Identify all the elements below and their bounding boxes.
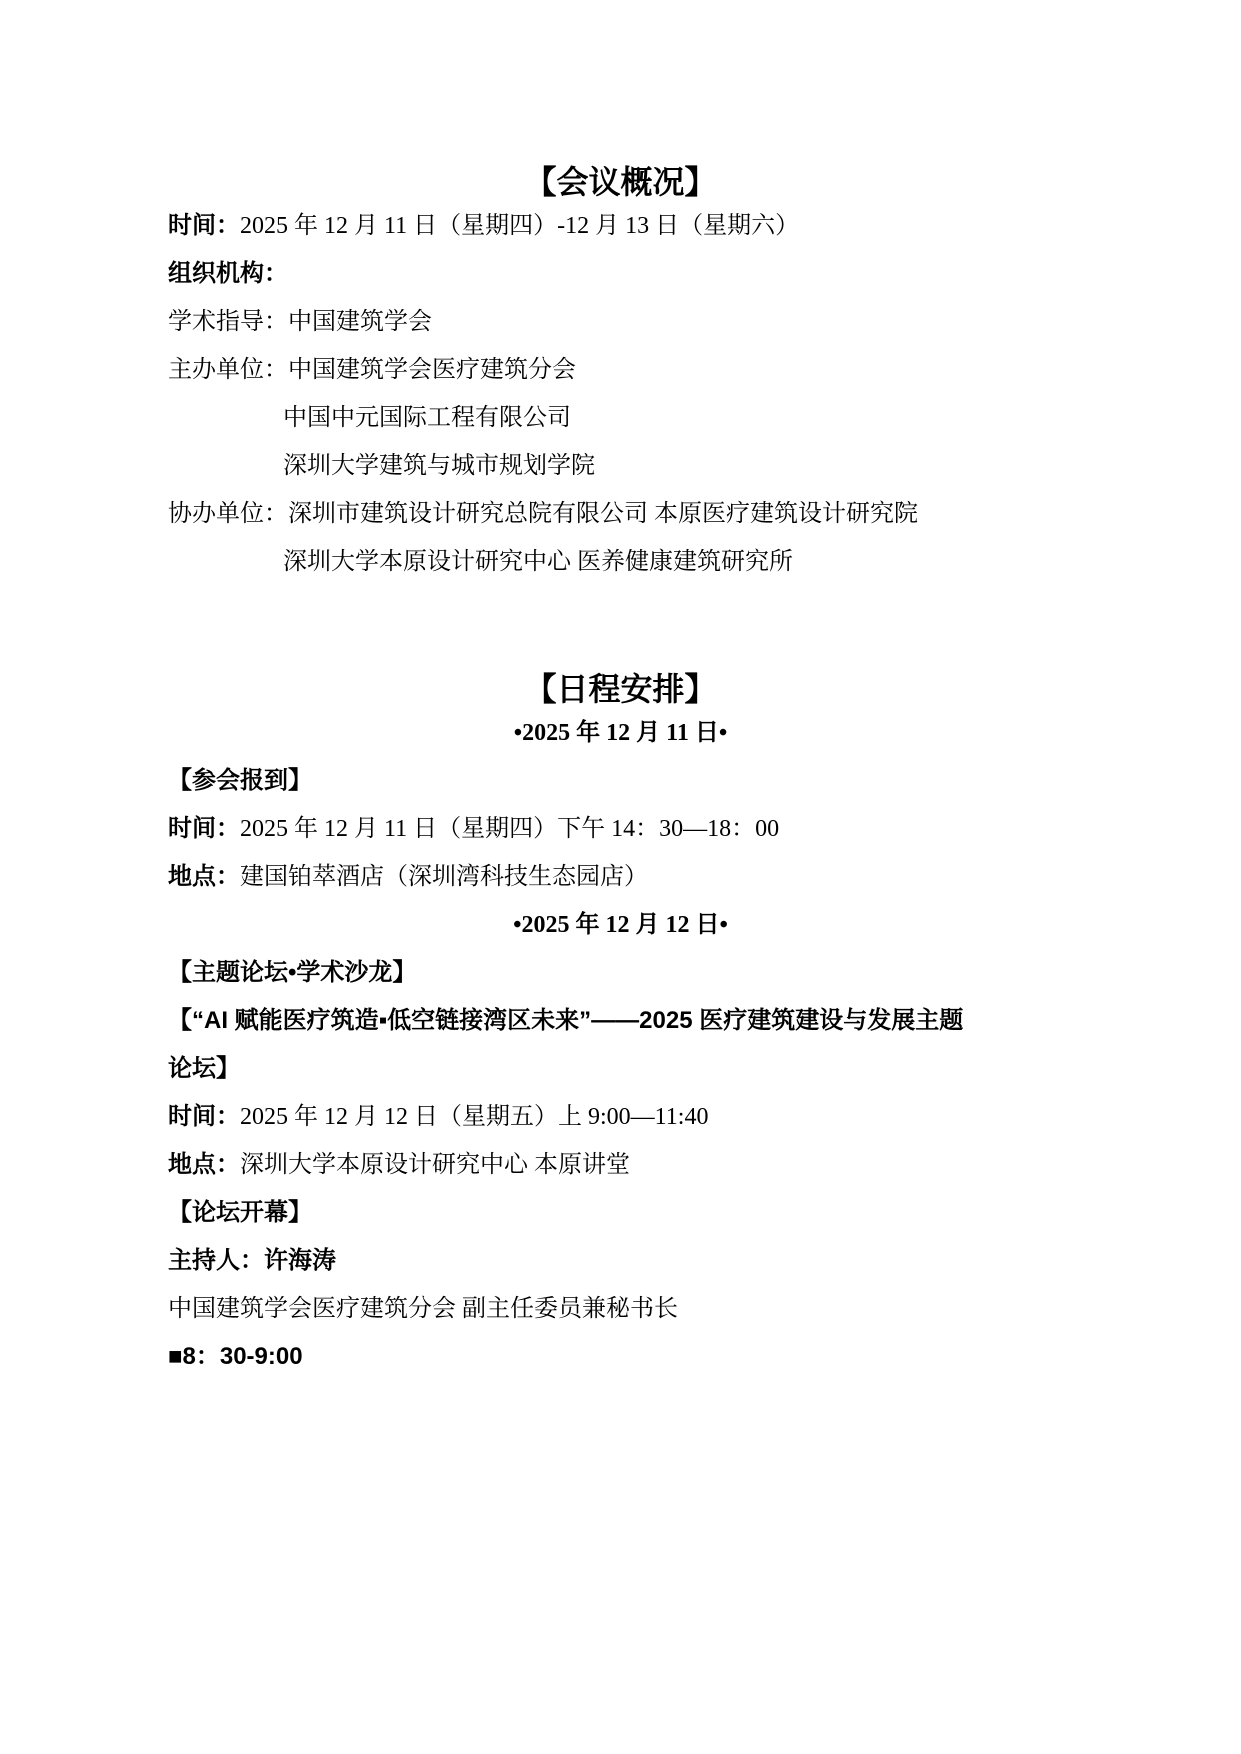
overview-time-row: 时间：2025 年 12 月 11 日（星期四）-12 月 13 日（星期六） — [168, 202, 1073, 250]
day1-time-row: 时间：2025 年 12 月 11 日（星期四）下午 14：30—18：00 — [168, 805, 1073, 853]
host-unit-extra-1: 中国中元国际工程有限公司 — [283, 405, 571, 431]
organization-label: 组织机构： — [168, 260, 288, 287]
day1-venue-label: 地点： — [168, 863, 240, 890]
co-organizer-row: 协办单位：深圳市建筑设计研究总院有限公司 本原医疗建筑设计研究院 — [168, 490, 1073, 538]
academic-guidance-value: 中国建筑学会 — [288, 309, 432, 335]
day1-date: •2025 年 12 月 11 日• — [168, 709, 1073, 757]
host-unit-label: 主办单位： — [168, 357, 288, 383]
opening-heading: 【论坛开幕】 — [168, 1189, 1073, 1237]
co-organizer-label: 协办单位： — [168, 501, 288, 527]
day2-venue-row: 地点：深圳大学本原设计研究中心 本原讲堂 — [168, 1141, 1073, 1189]
host-unit-value: 中国建筑学会医疗建筑分会 — [288, 357, 576, 383]
day1-time-value: 2025 年 12 月 11 日（星期四）下午 14：30—18：00 — [240, 816, 779, 842]
day1-time-label: 时间： — [168, 815, 240, 842]
day2-venue-value: 深圳大学本原设计研究中心 本原讲堂 — [240, 1152, 630, 1178]
time-label: 时间： — [168, 212, 240, 239]
moderator-row: 主持人：许海涛 — [168, 1237, 1073, 1285]
forum-heading-line1: 【“AI 赋能医疗筑造▪低空链接湾区未来”——2025 医疗建筑建设与发展主题 — [168, 997, 1073, 1045]
academic-guidance-label: 学术指导： — [168, 309, 288, 335]
co-organizer-value: 深圳市建筑设计研究总院有限公司 本原医疗建筑设计研究院 — [288, 501, 918, 527]
day2-venue-label: 地点： — [168, 1151, 240, 1178]
time-slot: ■8：30-9:00 — [168, 1333, 1073, 1381]
host-unit-extra-row: 中国中元国际工程有限公司 — [168, 394, 1073, 442]
moderator-label: 主持人： — [168, 1247, 264, 1274]
agenda-heading: 【日程安排】 — [168, 669, 1073, 709]
host-unit-extra-2: 深圳大学建筑与城市规划学院 — [283, 453, 595, 479]
document-page: 【会议概况】 时间：2025 年 12 月 11 日（星期四）-12 月 13 … — [0, 0, 1241, 1754]
day2-time-value: 2025 年 12 月 12 日（星期五）上 9:00—11:40 — [240, 1104, 708, 1130]
host-unit-extra-row: 深圳大学建筑与城市规划学院 — [168, 442, 1073, 490]
moderator-name: 许海涛 — [264, 1247, 336, 1274]
day2-date: •2025 年 12 月 12 日• — [168, 901, 1073, 949]
organization-row: 组织机构： — [168, 250, 1073, 298]
day2-time-label: 时间： — [168, 1103, 240, 1130]
day2-time-row: 时间：2025 年 12 月 12 日（星期五）上 9:00—11:40 — [168, 1093, 1073, 1141]
co-organizer-extra-row: 深圳大学本原设计研究中心 医养健康建筑研究所 — [168, 538, 1073, 586]
salon-heading: 【主题论坛•学术沙龙】 — [168, 949, 1073, 997]
moderator-title: 中国建筑学会医疗建筑分会 副主任委员兼秘书长 — [168, 1285, 1073, 1333]
host-unit-row: 主办单位：中国建筑学会医疗建筑分会 — [168, 346, 1073, 394]
time-value: 2025 年 12 月 11 日（星期四）-12 月 13 日（星期六） — [240, 213, 799, 239]
overview-heading: 【会议概况】 — [168, 162, 1073, 202]
academic-guidance-row: 学术指导：中国建筑学会 — [168, 298, 1073, 346]
co-organizer-extra-1: 深圳大学本原设计研究中心 医养健康建筑研究所 — [283, 549, 793, 575]
day1-venue-row: 地点：建国铂萃酒店（深圳湾科技生态园店） — [168, 853, 1073, 901]
checkin-heading: 【参会报到】 — [168, 757, 1073, 805]
forum-heading-line2: 论坛】 — [168, 1045, 1073, 1093]
day1-venue-value: 建国铂萃酒店（深圳湾科技生态园店） — [240, 864, 648, 890]
